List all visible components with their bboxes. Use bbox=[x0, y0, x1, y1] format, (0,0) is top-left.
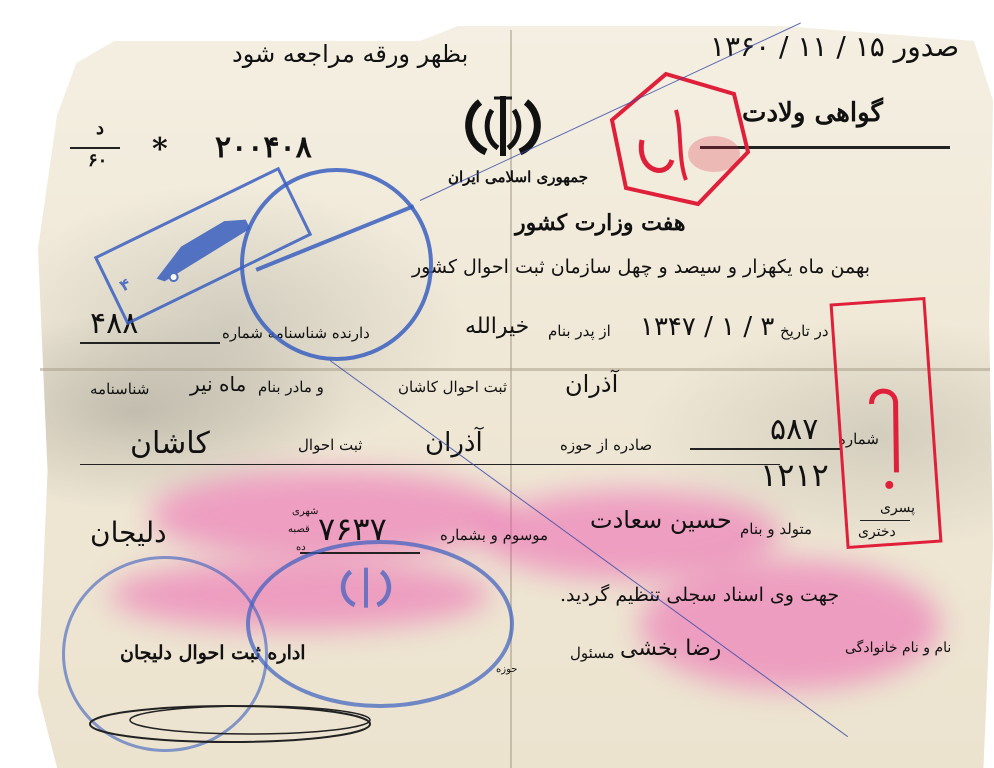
line2-suffix: و مادر بنام bbox=[258, 378, 324, 396]
mother-office: کاشان bbox=[130, 426, 210, 461]
father-birthplace: آذران bbox=[565, 370, 618, 398]
ministry-name: هفت وزارت کشور bbox=[515, 210, 685, 236]
documents-prepared-note: جهت وی اسناد سجلی تنظیم گردید. bbox=[560, 584, 839, 606]
red-stamp-glyph-icon bbox=[862, 382, 910, 495]
iran-emblem-icon bbox=[458, 92, 548, 164]
field-underline bbox=[690, 448, 840, 450]
father-name: خیرالله bbox=[465, 314, 529, 339]
pink-ink-smudge bbox=[640, 560, 940, 690]
fraction-bottom: ۶۰ bbox=[88, 150, 107, 171]
line4-prefix: متولد و بنام bbox=[740, 520, 812, 538]
registration-number: ۱۲۱۲ bbox=[760, 456, 829, 494]
official-role: مسئول bbox=[570, 644, 615, 662]
child-birthplace: دلیجان bbox=[90, 516, 167, 549]
fraction-top: د bbox=[96, 118, 104, 139]
serial-number: ۲۰۰۴۰۸ bbox=[215, 130, 312, 165]
red-hexagon-seal bbox=[606, 70, 752, 210]
line2-end: شناسنامه bbox=[90, 380, 149, 398]
line6-prefix: نام و نام خانوادگی bbox=[845, 640, 951, 656]
line3-suffix: ثبت احوال bbox=[298, 436, 362, 454]
mother-id-number: ۵۸۷ bbox=[770, 412, 818, 447]
place-type-city: شهری bbox=[292, 506, 318, 517]
oval-emblem-stamp bbox=[246, 540, 514, 708]
fraction-bar bbox=[70, 147, 120, 149]
field-underline bbox=[80, 342, 220, 344]
child-name: حسین سعادت bbox=[590, 506, 732, 534]
field-underline bbox=[80, 464, 780, 465]
line2-mid: ثبت احوال کاشان bbox=[398, 378, 507, 396]
mother-zone: آذران bbox=[425, 428, 483, 458]
official-name: رضا بخشی bbox=[620, 636, 721, 661]
line3-mid: صادره از حوزه bbox=[560, 436, 652, 454]
official-section: حوزه bbox=[496, 664, 517, 675]
birth-date: ۳ / ۱ / ۱۳۴۷ bbox=[640, 312, 774, 342]
stamp-emblem-icon bbox=[336, 564, 396, 614]
place-type-town: قصبه bbox=[288, 524, 310, 535]
signature-scribble bbox=[80, 690, 380, 760]
serial-star: * bbox=[152, 132, 168, 167]
red-vertical-stamp bbox=[830, 297, 943, 549]
place-type-village: ده bbox=[296, 542, 306, 553]
line1-prefix: در تاریخ bbox=[780, 322, 829, 340]
line-month-year: بهمن ماه یکهزار و سیصد و چهل سازمان ثبت … bbox=[412, 256, 870, 278]
mother-name: ماه نیر bbox=[190, 372, 246, 396]
line1-mid: از پدر بنام bbox=[548, 322, 611, 340]
truck-stamp-number: ۴ bbox=[116, 274, 133, 295]
line4-mid: موسوم و بشماره bbox=[440, 526, 548, 544]
document-title: گواهی ولادت bbox=[742, 98, 883, 128]
top-note: بظهر ورقه مراجعه شود bbox=[232, 40, 468, 68]
